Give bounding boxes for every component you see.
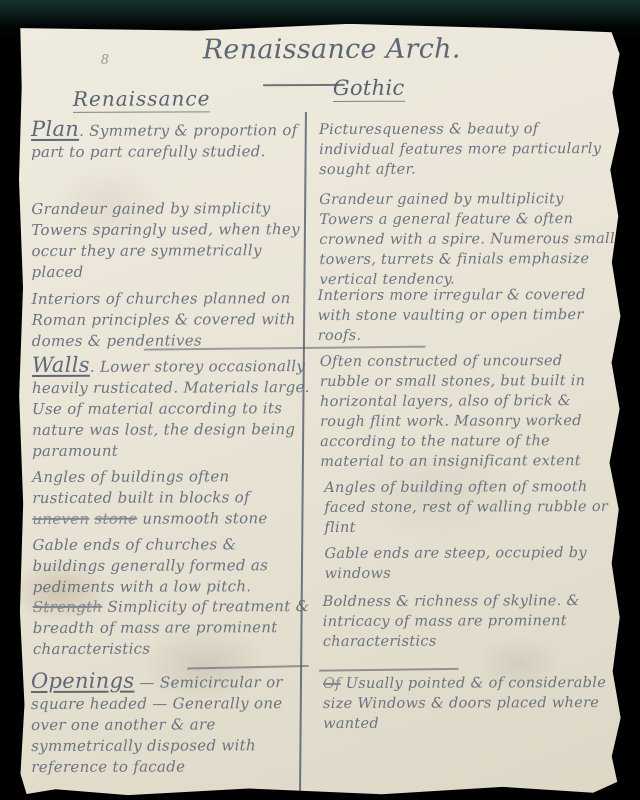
text-segment: Grandeur gained by multiplicity Towers a… — [319, 191, 615, 288]
section-divider-line-openings-left — [187, 665, 309, 670]
section-divider-line-openings-right — [319, 668, 459, 672]
text-segment: Grandeur gained by simplicity Towers spa… — [31, 199, 300, 281]
text-segment: Gable ends of churches & buildings gener… — [32, 535, 268, 596]
text-segment: stone — [94, 510, 137, 528]
text-segment: Picturesqueness & beauty of individual f… — [319, 121, 601, 178]
note-paragraph-openings: Openings — Semicircular or square headed… — [31, 670, 311, 778]
note-paragraph-rubble-walls: Often constructed of uncoursed rubble or… — [320, 351, 616, 472]
notes-photo-stage: 8 Renaissance Arch. Renaissance Gothic P… — [0, 0, 640, 800]
note-paragraph-picturesque: Picturesqueness & beauty of individual f… — [319, 119, 611, 180]
note-paragraph-grandeur-left: Grandeur gained by simplicity Towers spa… — [31, 198, 313, 283]
text-segment: Angles of buildings often rusticated bui… — [32, 467, 250, 507]
note-paragraph-angles-right: Angles of building often of smooth faced… — [324, 477, 614, 538]
page-number: 8 — [101, 53, 110, 68]
text-segment: Usually pointed & of considerable size W… — [323, 675, 606, 732]
text-segment: Often constructed of uncoursed rubble or… — [320, 353, 586, 470]
page-title: Renaissance Arch. — [167, 33, 497, 65]
text-segment: Gable ends are steep, occupied by window… — [324, 545, 586, 582]
text-segment: Of — [323, 676, 341, 692]
note-paragraph-interiors-right: Interiors more irregular & covered with … — [318, 285, 614, 346]
note-paragraph-angles-left: Angles of buildings often rusticated bui… — [32, 466, 310, 530]
text-segment: Interiors of churches planned on Roman p… — [32, 289, 296, 350]
text-segment: uneven — [32, 510, 89, 528]
text-segment: unsmooth stone — [137, 509, 267, 527]
text-segment: Walls — [32, 353, 90, 377]
note-paragraph-gables-left: Gable ends of churches & buildings gener… — [32, 534, 312, 598]
note-paragraph-walls: Walls. Lower storey occasionally heavily… — [32, 354, 312, 462]
text-segment: Boldness & richness of skyline. & intric… — [323, 593, 580, 650]
paper-sheet: 8 Renaissance Arch. Renaissance Gothic P… — [17, 23, 624, 797]
note-paragraph-plan: Plan. Symmetry & proportion of part to p… — [31, 118, 307, 163]
note-paragraph-interiors-left: Interiors of churches planned on Roman p… — [32, 288, 312, 352]
note-paragraph-character-right: Boldness & richness of skyline. & intric… — [323, 591, 615, 652]
note-paragraph-character-left: Strength Simplicity of treatment & bread… — [33, 596, 311, 660]
text-segment: Strength — [33, 598, 103, 616]
right-column-header: Gothic — [333, 76, 405, 102]
note-paragraph-gables-right: Gable ends are steep, occupied by window… — [324, 543, 614, 584]
note-paragraph-grandeur-right: Grandeur gained by multiplicity Towers a… — [319, 189, 615, 290]
text-segment: Openings — [31, 669, 135, 693]
text-segment: Interiors more irregular & covered with … — [318, 287, 586, 344]
text-segment: Plan — [31, 117, 79, 141]
text-segment: Angles of building often of smooth faced… — [324, 479, 608, 536]
left-column-header: Renaissance — [73, 86, 211, 112]
note-paragraph-openings-right: Of Usually pointed & of considerable siz… — [323, 673, 615, 734]
